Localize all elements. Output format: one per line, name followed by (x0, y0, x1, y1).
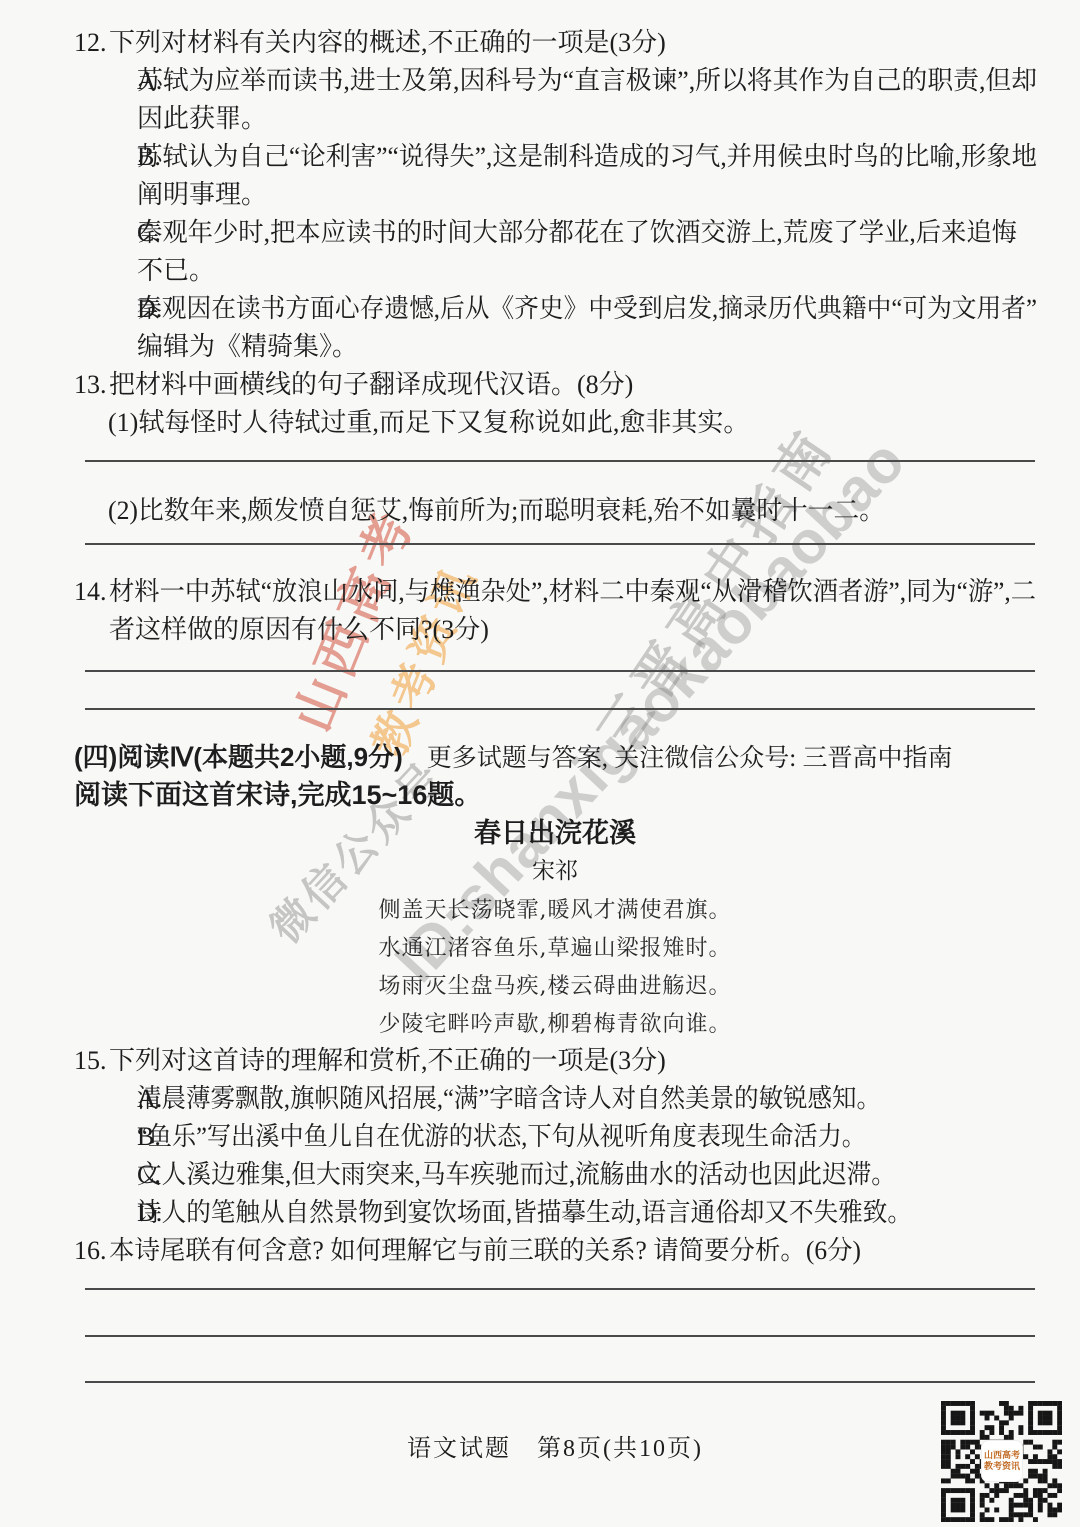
question-13-part-2-text: (2)比数年来,颇发愤自惩艾,悔前所为;而聪明衰耗,殆不如曩时十一二。 (108, 492, 885, 530)
option-b-text: “鱼乐”写出溪中鱼儿自在优游的状态,下句从视听角度表现生命活力。 (137, 1118, 866, 1156)
answer-line (85, 1290, 1035, 1337)
poem-line-4: 少陵宅畔吟声歇,柳碧梅青欲向谁。 (74, 1004, 1036, 1042)
question-16-stem-row: 16. 本诗尾联有何含意? 如何理解它与前三联的关系? 请简要分析。(6分) (74, 1232, 1036, 1270)
question-15-number: 15. (74, 1042, 107, 1080)
question-14-text: 材料一中苏轼“放浪山水间,与樵渔杂处”,材料二中秦观“从滑稽饮酒者游”,同为“游… (109, 573, 1036, 611)
option-d-text-cont: 编辑为《精骑集》。 (137, 328, 358, 366)
poem-line-3-text: 场雨灭尘盘马疾,楼云碍曲进觞迟。 (379, 968, 732, 1006)
qr-logo-line1: 山西高考 (984, 1450, 1020, 1461)
question-16-number: 16. (74, 1232, 107, 1270)
question-15-stem: 下列对这首诗的理解和赏析,不正确的一项是(3分) (109, 1042, 666, 1080)
poem-line-4-text: 少陵宅畔吟声歇,柳碧梅青欲向谁。 (379, 1006, 732, 1044)
question-13-part-2: (2)比数年来,颇发愤自惩艾,悔前所为;而聪明衰耗,殆不如曩时十一二。 (108, 492, 1036, 530)
option-c-text: 秦观年少时,把本应读书的时间大部分都花在了饮酒交游上,荒废了学业,后来追悔 (137, 214, 1017, 252)
question-16-stem: 本诗尾联有何含意? 如何理解它与前三联的关系? 请简要分析。(6分) (109, 1232, 861, 1270)
poem-author-text: 宋祁 (532, 858, 578, 883)
section-4-intro-text: 阅读下面这首宋诗,完成15~16题。 (74, 780, 481, 810)
answer-line (85, 1270, 1035, 1290)
question-12-option-a: A. 苏轼为应举而读书,进士及第,因科号为“直言极谏”,所以将其作为自己的职责,… (108, 62, 1036, 100)
question-12-option-d: D. 秦观因在读书方面心存遗憾,后从《齐史》中受到启发,摘录历代典籍中“可为文用… (108, 290, 1036, 328)
exam-paper-page: 山西高考 教考资讯 三晋高中指南 ID:shanxigaokaobaobao 微… (0, 0, 1080, 1527)
question-15-option-a: A. 清晨薄雾飘散,旗帜随风招展,“满”字暗含诗人对自然美景的敏锐感知。 (108, 1080, 1036, 1118)
exam-content: 12. 下列对材料有关内容的概述,不正确的一项是(3分) A. 苏轼为应举而读书… (74, 0, 1036, 1383)
poem-line-1-text: 侧盖天长荡晓霏,暖风才满使君旗。 (379, 892, 732, 930)
question-13-part-1: (1)轼每怪时人待轼过重,而足下又复称说如此,愈非其实。 (108, 404, 1036, 442)
question-12-stem-row: 12. 下列对材料有关内容的概述,不正确的一项是(3分) (74, 24, 1036, 62)
qr-code: 山西高考 教考资讯 (941, 1401, 1062, 1522)
question-15-stem-row: 15. 下列对这首诗的理解和赏析,不正确的一项是(3分) (74, 1042, 1036, 1080)
poem-line-3: 场雨灭尘盘马疾,楼云碍曲进觞迟。 (74, 966, 1036, 1004)
poem-line-1: 侧盖天长荡晓霏,暖风才满使君旗。 (74, 890, 1036, 928)
question-15-option-b: B. “鱼乐”写出溪中鱼儿自在优游的状态,下句从视听角度表现生命活力。 (108, 1118, 1036, 1156)
option-c-text-cont: 不已。 (137, 252, 215, 290)
question-14-number: 14. (74, 573, 107, 611)
answer-line (85, 649, 1035, 672)
answer-line (85, 672, 1035, 710)
question-15-option-d: D. 诗人的笔触从自然景物到宴饮场面,皆描摹生动,语言通俗却又不失雅致。 (108, 1194, 1036, 1232)
poem-line-2-text: 水通江渚容鱼乐,草遍山梁报雉时。 (379, 930, 732, 968)
section-4-intro: 阅读下面这首宋诗,完成15~16题。 (74, 776, 1036, 814)
option-d-text: 诗人的笔触从自然景物到宴饮场面,皆描摹生动,语言通俗却又不失雅致。 (137, 1194, 912, 1232)
question-12-option-c-cont: 不已。 (137, 252, 1036, 290)
qr-logo-line2: 教考资讯 (984, 1461, 1020, 1472)
question-14-stem-row: 14. 材料一中苏轼“放浪山水间,与樵渔杂处”,材料二中秦观“从滑稽饮酒者游”,… (74, 573, 1036, 611)
answer-line (85, 1337, 1035, 1383)
section-4-row: (四)阅读Ⅳ(本题共2小题,9分) 更多试题与答案, 关注微信公众号: 三晋高中… (74, 738, 1036, 776)
question-13-stem: 把材料中画横线的句子翻译成现代汉语。(8分) (109, 366, 633, 404)
answer-line (85, 530, 1035, 545)
qr-code-logo: 山西高考 教考资讯 (982, 1441, 1022, 1481)
question-12-option-c: C. 秦观年少时,把本应读书的时间大部分都花在了饮酒交游上,荒废了学业,后来追悔 (108, 214, 1036, 252)
question-14-text-cont: 者这样做的原因有什么不同?(3分) (109, 611, 489, 649)
question-13-number: 13. (74, 366, 107, 404)
option-a-text: 苏轼为应举而读书,进士及第,因科号为“直言极谏”,所以将其作为自己的职责,但却 (137, 62, 1037, 100)
option-d-text: 秦观因在读书方面心存遗憾,后从《齐史》中受到启发,摘录历代典籍中“可为文用者” (137, 290, 1037, 328)
option-b-text-cont: 阐明事理。 (137, 176, 267, 214)
question-14-cont: 者这样做的原因有什么不同?(3分) (109, 611, 1036, 649)
option-c-text: 文人溪边雅集,但大雨突来,马车疾驰而过,流觞曲水的活动也因此迟滞。 (137, 1156, 896, 1194)
question-12-stem: 下列对材料有关内容的概述,不正确的一项是(3分) (109, 24, 666, 62)
answer-line (85, 442, 1035, 462)
page-footer: 语文试题 第8页(共10页) (74, 1428, 1036, 1463)
question-12-option-b: B. 苏轼认为自己“论利害”“说得失”,这是制科造成的习气,并用候虫时鸟的比喻,… (108, 138, 1036, 176)
option-b-text: 苏轼认为自己“论利害”“说得失”,这是制科造成的习气,并用候虫时鸟的比喻,形象地 (137, 138, 1037, 176)
poem-title: 春日出浣花溪 (74, 814, 1036, 852)
question-13-part-1-text: (1)轼每怪时人待轼过重,而足下又复称说如此,愈非其实。 (108, 404, 749, 442)
question-12-option-a-cont: 因此获罪。 (137, 100, 1036, 138)
section-4-header: (四)阅读Ⅳ(本题共2小题,9分) (74, 738, 403, 776)
option-a-text-cont: 因此获罪。 (137, 100, 267, 138)
question-13-stem-row: 13. 把材料中画横线的句子翻译成现代汉语。(8分) (74, 366, 1036, 404)
poem-title-text: 春日出浣花溪 (474, 818, 636, 848)
poem-line-2: 水通江渚容鱼乐,草遍山梁报雉时。 (74, 928, 1036, 966)
question-12-option-d-cont: 编辑为《精骑集》。 (137, 328, 1036, 366)
poem-author: 宋祁 (74, 852, 1036, 890)
question-15-option-c: C. 文人溪边雅集,但大雨突来,马车疾驰而过,流觞曲水的活动也因此迟滞。 (108, 1156, 1036, 1194)
question-12-option-b-cont: 阐明事理。 (137, 176, 1036, 214)
question-12-number: 12. (74, 24, 107, 62)
wechat-promo-text: 更多试题与答案, 关注微信公众号: 三晋高中指南 (427, 740, 953, 778)
option-a-text: 清晨薄雾飘散,旗帜随风招展,“满”字暗含诗人对自然美景的敏锐感知。 (137, 1080, 881, 1118)
